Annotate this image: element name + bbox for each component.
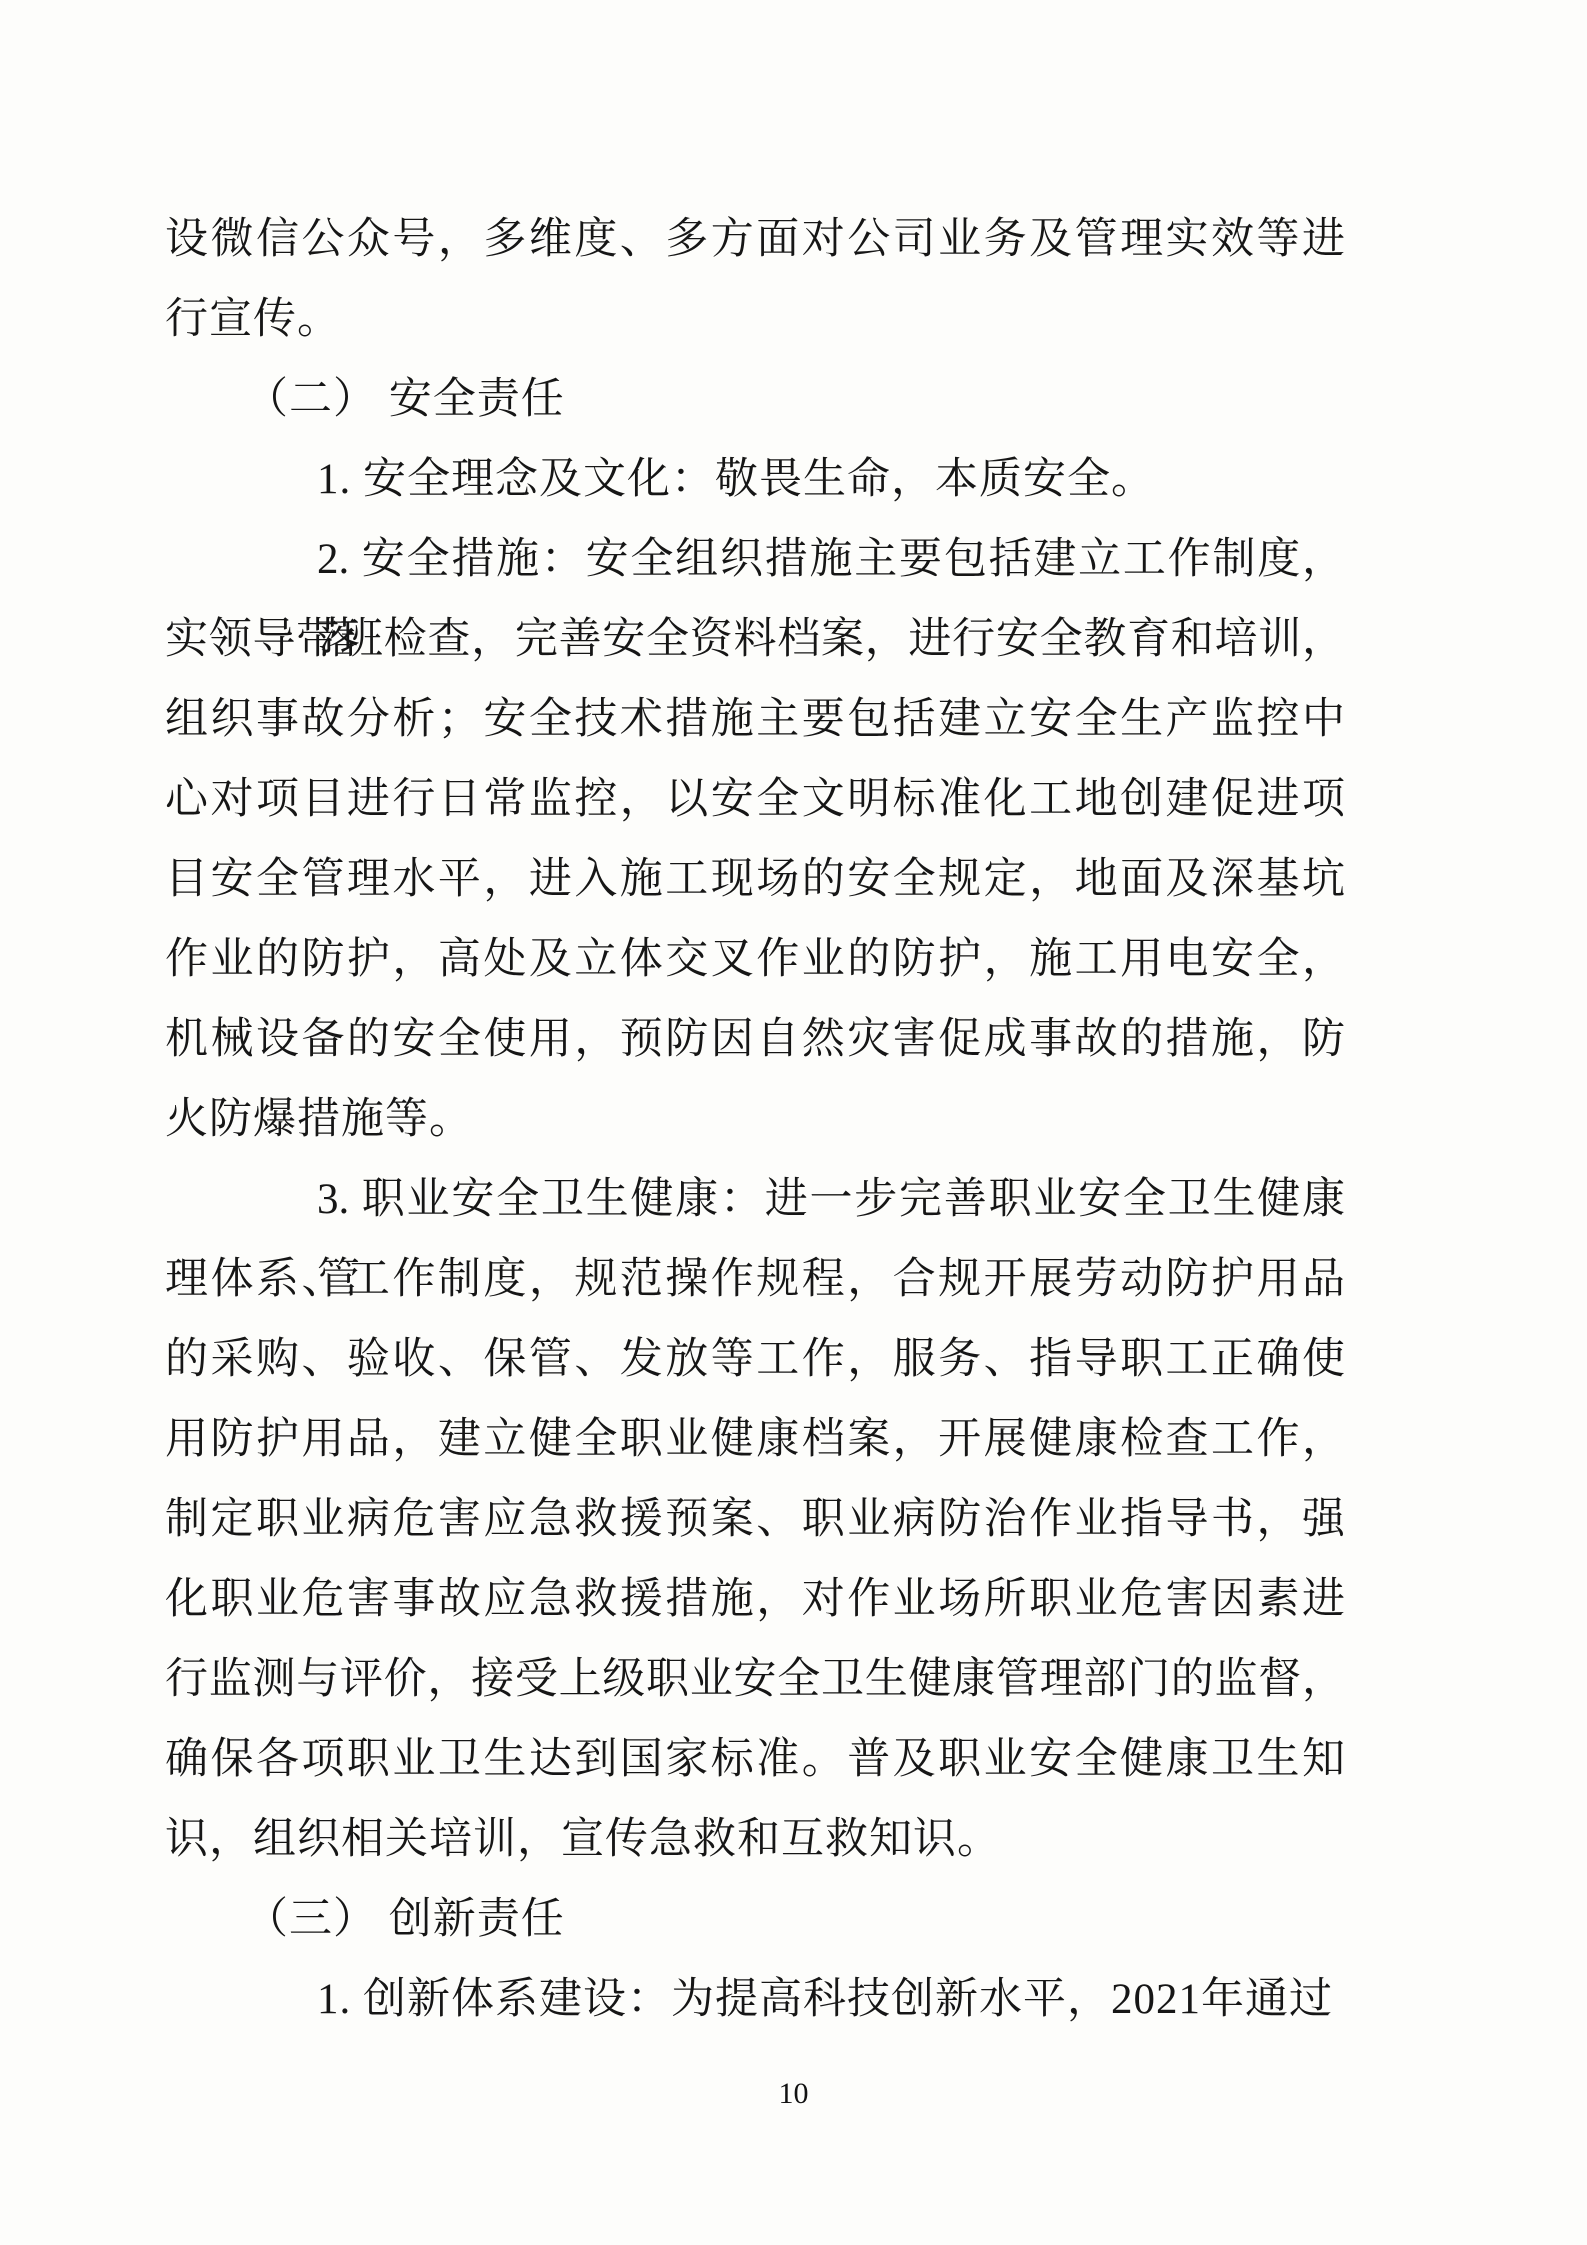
- list-item-line: 1. 安全理念及文化：敬畏生命，本质安全。: [165, 440, 1345, 520]
- document-page: 设微信公众号，多维度、多方面对公司业务及管理实效等进 行宣传。 （二） 安全责任…: [0, 0, 1587, 2245]
- body-line: 目安全管理水平，进入施工现场的安全规定，地面及深基坑: [165, 840, 1345, 920]
- section-heading: （二） 安全责任: [165, 360, 1345, 440]
- list-item-line: 2. 安全措施：安全组织措施主要包括建立工作制度，落: [165, 520, 1345, 600]
- body-line: 理体系、工作制度，规范操作规程，合规开展劳动防护用品: [165, 1240, 1345, 1320]
- body-line: 实领导带班检查，完善安全资料档案，进行安全教育和培训，: [165, 600, 1345, 680]
- page-number: 10: [0, 2072, 1587, 2116]
- body-line: 行监测与评价，接受上级职业安全卫生健康管理部门的监督，: [165, 1640, 1345, 1720]
- body-line: 火防爆措施等。: [165, 1080, 1345, 1160]
- body-line: 设微信公众号，多维度、多方面对公司业务及管理实效等进: [165, 200, 1345, 280]
- body-line: 心对项目进行日常监控，以安全文明标准化工地创建促进项: [165, 760, 1345, 840]
- body-line: 用防护用品，建立健全职业健康档案，开展健康检查工作，: [165, 1400, 1345, 1480]
- body-line: 化职业危害事故应急救援措施，对作业场所职业危害因素进: [165, 1560, 1345, 1640]
- body-line: 组织事故分析；安全技术措施主要包括建立安全生产监控中: [165, 680, 1345, 760]
- page-body: 设微信公众号，多维度、多方面对公司业务及管理实效等进 行宣传。 （二） 安全责任…: [165, 200, 1345, 2040]
- section-heading: （三） 创新责任: [165, 1880, 1345, 1960]
- list-item-line: 1. 创新体系建设：为提高科技创新水平，2021年通过: [165, 1960, 1345, 2040]
- body-line: 机械设备的安全使用，预防因自然灾害促成事故的措施，防: [165, 1000, 1345, 1080]
- body-line: 作业的防护，高处及立体交叉作业的防护，施工用电安全，: [165, 920, 1345, 1000]
- body-line: 识，组织相关培训，宣传急救和互救知识。: [165, 1800, 1345, 1880]
- list-item-line: 3. 职业安全卫生健康：进一步完善职业安全卫生健康管: [165, 1160, 1345, 1240]
- body-line: 确保各项职业卫生达到国家标准。普及职业安全健康卫生知: [165, 1720, 1345, 1800]
- body-line: 行宣传。: [165, 280, 1345, 360]
- body-line: 制定职业病危害应急救援预案、职业病防治作业指导书，强: [165, 1480, 1345, 1560]
- body-line: 的采购、验收、保管、发放等工作，服务、指导职工正确使: [165, 1320, 1345, 1400]
